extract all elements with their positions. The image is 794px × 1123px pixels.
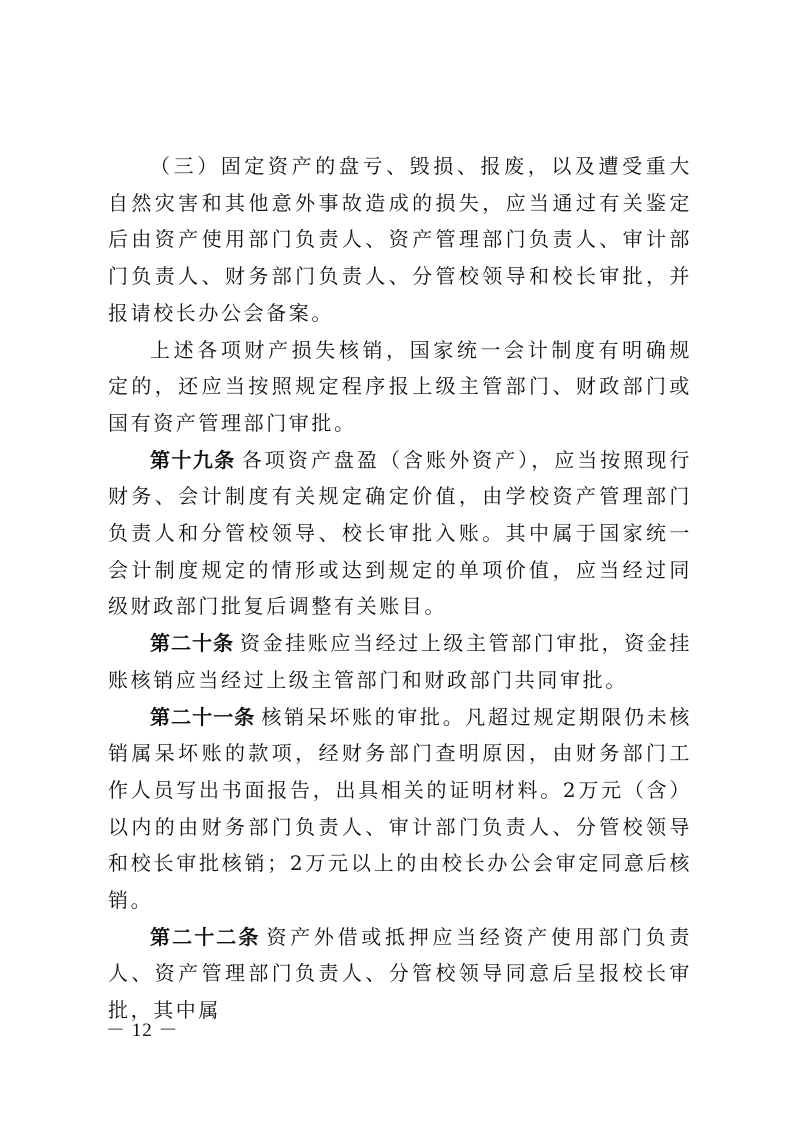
- article-number: 第二十一条: [150, 705, 255, 729]
- paragraph-article-21: 第二十一条核销呆坏账的审批。凡超过规定期限仍未核销属呆坏账的款项，经财务部门查明…: [108, 699, 692, 919]
- page-number: － 12 －: [106, 1015, 179, 1042]
- article-number: 第二十条: [150, 631, 234, 655]
- paragraph-item-3: （三）固定资产的盘亏、毁损、报废，以及遭受重大自然灾害和其他意外事故造成的损失，…: [108, 148, 692, 332]
- paragraph-loss-writeoff-note: 上述各项财产损失核销，国家统一会计制度有明确规定的，还应当按照规定程序报上级主管…: [108, 332, 692, 442]
- paragraph-article-22: 第二十二条资产外借或抵押应当经资产使用部门负责人、资产管理部门负责人、分管校领导…: [108, 919, 692, 1029]
- article-number: 第二十二条: [150, 925, 261, 949]
- paragraph-text: 核销呆坏账的审批。凡超过规定期限仍未核销属呆坏账的款项，经财务部门查明原因，由财…: [108, 705, 692, 913]
- article-number: 第十九条: [150, 448, 236, 472]
- document-body: （三）固定资产的盘亏、毁损、报废，以及遭受重大自然灾害和其他意外事故造成的损失，…: [108, 148, 692, 1029]
- paragraph-article-19: 第十九条各项资产盘盈（含账外资产），应当按照现行财务、会计制度有关规定确定价值，…: [108, 442, 692, 626]
- paragraph-text: 上述各项财产损失核销，国家统一会计制度有明确规定的，还应当按照规定程序报上级主管…: [108, 338, 692, 435]
- paragraph-text: （三）固定资产的盘亏、毁损、报废，以及遭受重大自然灾害和其他意外事故造成的损失，…: [108, 154, 692, 325]
- document-page: （三）固定资产的盘亏、毁损、报废，以及遭受重大自然灾害和其他意外事故造成的损失，…: [0, 0, 794, 1123]
- paragraph-text: 各项资产盘盈（含账外资产），应当按照现行财务、会计制度有关规定确定价值，由学校资…: [108, 448, 692, 619]
- paragraph-article-20: 第二十条资金挂账应当经过上级主管部门审批，资金挂账核销应当经过上级主管部门和财政…: [108, 625, 692, 698]
